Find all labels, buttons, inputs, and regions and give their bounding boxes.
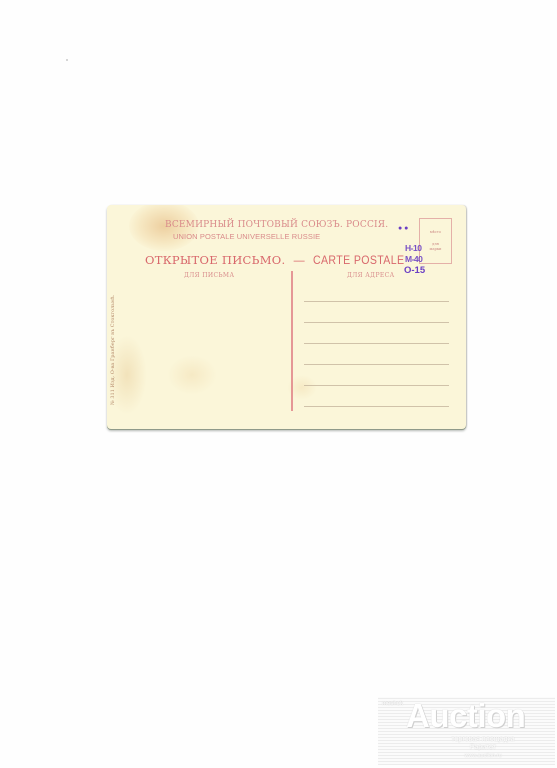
stamp-placement-box: мѣсто для марки <box>419 218 452 264</box>
publisher-imprint: № 311 Изд. О-ва Гранберг въ Стокгольмѣ. <box>110 294 116 405</box>
watermark-url: www.auction.ru <box>433 753 533 759</box>
stamp-box-text: для <box>420 242 451 246</box>
ink-dots: ● ● <box>398 225 408 232</box>
label-for-address: ДЛЯ АДРЕСА <box>347 272 395 279</box>
title-dash: — <box>294 255 305 267</box>
address-line <box>304 385 449 386</box>
title-french: CARTE POSTALE <box>313 255 404 267</box>
address-line <box>304 301 449 302</box>
address-line <box>304 406 449 407</box>
label-for-letter: ДЛЯ ПИСЬМА <box>184 272 234 279</box>
ink-price-mark: М-40 <box>405 254 422 264</box>
postcard-title: ОТКРЫТОЕ ПИСЬМО. — CARTE POSTALE <box>145 249 412 268</box>
address-line <box>304 343 449 344</box>
title-russian: ОТКРЫТОЕ ПИСЬМО. <box>145 253 285 267</box>
dust-speck <box>66 59 68 61</box>
watermark-subtitle: торговая площадка <box>433 736 533 743</box>
header-french: UNION POSTALE UNIVERSELLE RUSSIE <box>173 232 320 241</box>
header-russian: ВСЕМИРНЫЙ ПОЧТОВЫЙ СОЮЗЪ. РОССІЯ. <box>165 220 388 230</box>
watermark-prefix: meshok <box>382 701 403 707</box>
postcard: ВСЕМИРНЫЙ ПОЧТОВЫЙ СОЮЗЪ. РОССІЯ. UNION … <box>107 205 466 429</box>
watermark-subtitle: Раритет <box>433 744 533 751</box>
center-divider <box>291 271 293 411</box>
scan-background: ВСЕМИРНЫЙ ПОЧТОВЫЙ СОЮЗЪ. РОССІЯ. UNION … <box>0 0 557 768</box>
stamp-box-text: марки <box>420 247 451 251</box>
address-line <box>304 322 449 323</box>
ink-price-mark: Н-10 <box>405 243 421 253</box>
ink-price-mark: О-15 <box>404 265 425 276</box>
address-line <box>304 364 449 365</box>
watermark-logo: Auction <box>406 697 525 735</box>
stamp-box-text: мѣсто <box>420 230 451 234</box>
age-stain <box>167 355 217 395</box>
auction-watermark: meshok Auction торговая площадка Раритет… <box>378 697 555 765</box>
